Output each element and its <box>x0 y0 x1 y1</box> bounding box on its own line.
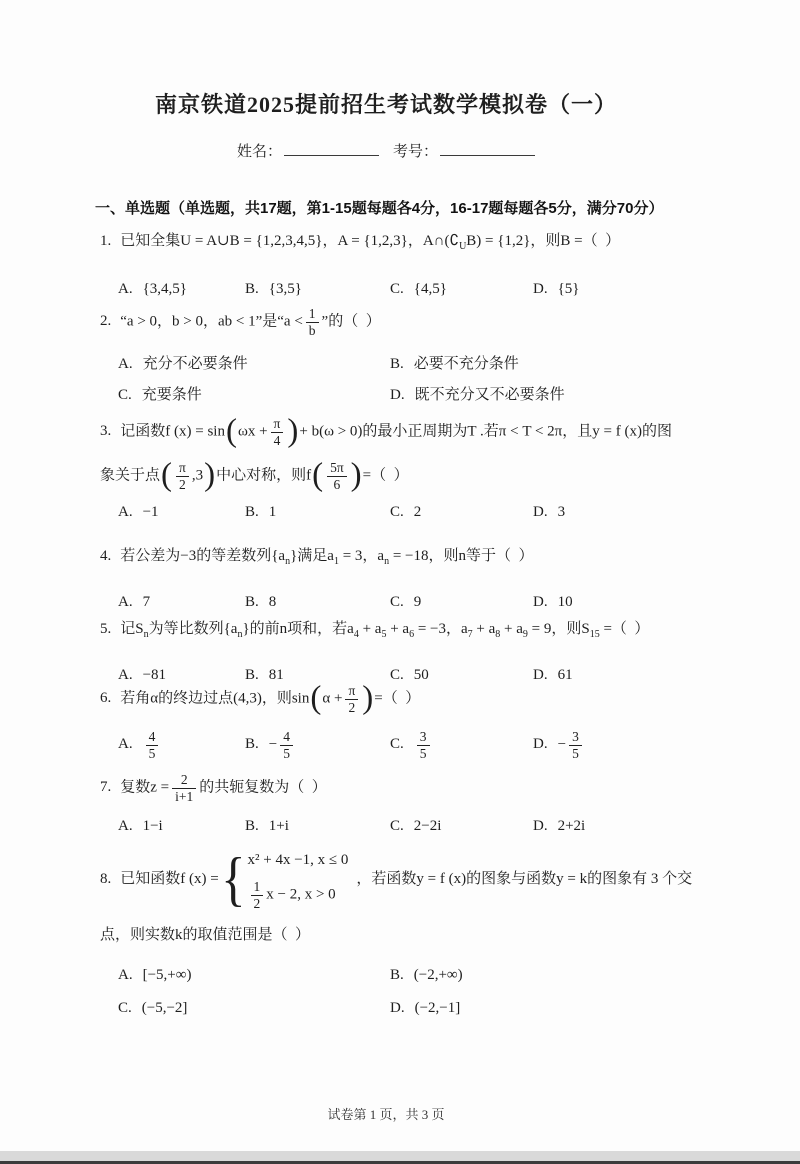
piecewise-case-2: 12x − 2, x > 0 <box>248 879 349 911</box>
stem-text: + a <box>386 621 409 637</box>
fraction-denominator: 5 <box>280 746 293 762</box>
question-1-options: A.{3,4,5} B.{3,5} C.{4,5} D.{5} <box>100 281 748 298</box>
option-text: 2−2i <box>414 818 442 834</box>
option-label: B. <box>245 504 259 520</box>
piecewise-cases: x² + 4x −1, x ≤ 012x − 2, x > 0 <box>248 848 349 911</box>
exam-no-label: 考号： <box>393 144 438 160</box>
option-sign: − <box>558 736 566 752</box>
question-5-stem: 5.记Sn为等比数列{an}的前n项和，若a4 + a5 + a6 = −3，a… <box>100 617 748 643</box>
option-b: B.(−2,+∞) <box>390 967 748 984</box>
fraction-numerator: 3 <box>417 729 430 746</box>
option-c: C.{4,5} <box>390 281 533 298</box>
option-text: 1 <box>269 504 277 520</box>
option-label: C. <box>390 281 404 297</box>
option-label: C. <box>390 504 404 520</box>
fraction: 5π6 <box>327 460 347 492</box>
fraction-denominator: 2 <box>251 896 264 912</box>
stem-text: ωx + <box>238 423 268 439</box>
stem-text: = 9，则S <box>528 621 590 637</box>
option-text: 10 <box>558 594 573 610</box>
option-c: C.充要条件 <box>118 383 390 404</box>
option-text: (−5,−2] <box>142 1000 188 1016</box>
question-number: 2. <box>100 313 111 329</box>
fraction: 35 <box>417 729 430 761</box>
section-heading: 一、单选题（单选题，共17题，第1-15题每题各4分，16-17题每题各5分，满… <box>95 197 750 218</box>
option-c: C.(−5,−2] <box>118 1000 390 1017</box>
question-2-options-row-1: A.充分不必要条件 B.必要不充分条件 <box>100 352 748 373</box>
name-label: 姓名： <box>237 144 282 160</box>
option-text: (−2,−1] <box>415 1000 461 1016</box>
exam-paper-page: 南京铁道2025提前招生考试数学模拟卷（一） 姓名：考号： 一、单选题（单选题，… <box>0 0 800 1164</box>
option-label: D. <box>533 504 548 520</box>
option-text: [−5,+∞) <box>143 967 192 983</box>
stem-text: 为等比数列{a <box>149 621 238 637</box>
option-label: D. <box>533 667 548 683</box>
option-text: {5} <box>558 281 580 297</box>
stem-text: x − 2, x > 0 <box>266 886 335 902</box>
option-a: A.−1 <box>118 504 245 521</box>
right-paren: ) <box>203 457 216 493</box>
piecewise-case-1: x² + 4x −1, x ≤ 0 <box>248 848 349 872</box>
left-paren: ( <box>309 680 322 716</box>
option-text: 81 <box>269 667 284 683</box>
question-8-stem-line-1: 8.已知函数f (x) ={x² + 4x −1, x ≤ 012x − 2, … <box>100 848 748 911</box>
stem-text: 中心对称，则f <box>216 467 311 483</box>
option-label: A. <box>118 281 133 297</box>
option-label: D. <box>390 387 405 403</box>
question-8-stem-line-2: 点，则实数k的取值范围是（ ） <box>100 923 748 947</box>
option-label: B. <box>245 736 259 752</box>
option-text: (−2,+∞) <box>414 967 463 983</box>
fraction: 1b <box>306 306 319 338</box>
option-label: B. <box>245 594 259 610</box>
option-label: A. <box>118 504 133 520</box>
option-text: {4,5} <box>414 281 447 297</box>
fraction-numerator: π <box>345 683 358 700</box>
option-text: 9 <box>414 594 422 610</box>
option-text: {3,5} <box>269 281 302 297</box>
option-c: C.35 <box>390 729 533 761</box>
question-3-options: A.−1 B.1 C.2 D.3 <box>100 504 748 521</box>
stem-text: 已知函数f (x) = <box>120 871 218 887</box>
option-label: C. <box>390 736 404 752</box>
stem-text: ,3 <box>192 467 203 483</box>
left-brace: { <box>221 854 245 905</box>
subscript: 15 <box>590 629 600 640</box>
question-7-options: A.1−i B.1+i C.2−2i D.2+2i <box>100 818 748 835</box>
option-a: A.45 <box>118 729 245 761</box>
option-b: B.{3,5} <box>245 281 390 298</box>
option-label: D. <box>533 736 548 752</box>
question-7-stem: 7.复数z =2i+1的共轭复数为（ ） <box>100 772 748 804</box>
option-label: C. <box>390 818 404 834</box>
question-number: 1. <box>100 233 111 249</box>
option-label: B. <box>390 967 404 983</box>
question-6-stem: 6.若角α的终边过点(4,3)，则sin(α +π2)=（ ） <box>100 683 748 715</box>
option-text: 50 <box>414 667 429 683</box>
fraction: π2 <box>176 460 189 492</box>
question-number: 7. <box>100 779 111 795</box>
fraction-numerator: 1 <box>251 879 264 896</box>
option-label: C. <box>390 667 404 683</box>
stem-text: + a <box>359 621 382 637</box>
stem-text: ”的（ ） <box>322 313 381 329</box>
name-blank-line <box>284 141 379 156</box>
fraction-numerator: 4 <box>146 729 159 746</box>
option-b: B.1 <box>245 504 390 521</box>
option-text: 3 <box>558 504 566 520</box>
stem-text: }的前n项和，若a <box>242 621 353 637</box>
stem-text: “a > 0，b > 0，ab < 1”是“a < <box>120 313 303 329</box>
page-title: 南京铁道2025提前招生考试数学模拟卷（一） <box>0 88 772 119</box>
option-b: B.8 <box>245 594 390 611</box>
fraction-numerator: 5π <box>327 460 347 477</box>
question-3-stem-line-2: 象关于点(π2,3)中心对称，则f(5π6)=（ ） <box>100 460 748 492</box>
fraction: 12 <box>251 879 264 911</box>
option-label: C. <box>390 594 404 610</box>
fraction-numerator: 3 <box>569 729 582 746</box>
option-label: A. <box>118 736 133 752</box>
fraction-denominator: 5 <box>417 746 430 762</box>
option-d: D.61 <box>533 667 748 684</box>
question-3-stem-line-1: 3.记函数f (x) = sin(ωx +π4)+ b(ω > 0)的最小正周期… <box>100 416 748 448</box>
stem-text: =（ ） <box>600 621 650 637</box>
bottom-scroll-bar <box>0 1151 800 1164</box>
fraction-numerator: 1 <box>306 306 319 323</box>
fraction: 2i+1 <box>172 772 196 804</box>
option-text: 61 <box>558 667 573 683</box>
option-b: B.必要不充分条件 <box>390 352 748 373</box>
question-6: 6.若角α的终边过点(4,3)，则sin(α +π2)=（ ） A.45 B.−… <box>100 683 748 761</box>
option-d: D.既不充分又不必要条件 <box>390 383 748 404</box>
question-number: 8. <box>100 871 111 887</box>
question-2-options-row-2: C.充要条件 D.既不充分又不必要条件 <box>100 383 748 404</box>
option-label: B. <box>390 356 404 372</box>
stem-text: ，若函数y = f (x)的图象与函数y = k的图象有 3 个交 <box>356 871 692 887</box>
fraction-denominator: 2 <box>176 477 189 493</box>
option-text: −1 <box>143 504 159 520</box>
option-label: D. <box>533 281 548 297</box>
fraction-denominator: 2 <box>345 700 358 716</box>
stem-text: + b(ω > 0)的最小正周期为T .若π < T < 2π，且y = f (… <box>299 423 672 439</box>
option-label: C. <box>118 387 132 403</box>
option-label: B. <box>245 281 259 297</box>
option-d: D.3 <box>533 504 748 521</box>
question-1-stem: 1.已知全集U = A∪B = {1,2,3,4,5}，A = {1,2,3}，… <box>100 229 748 255</box>
option-label: D. <box>533 594 548 610</box>
question-2-stem: 2.“a > 0，b > 0，ab < 1”是“a <1b”的（ ） <box>100 306 748 338</box>
stem-text: 已知全集U = A∪B = {1,2,3,4,5}，A = {1,2,3}，A∩… <box>120 233 459 249</box>
option-d: D.−35 <box>533 729 748 761</box>
option-c: C.50 <box>390 667 533 684</box>
option-label: A. <box>118 667 133 683</box>
option-d: D.2+2i <box>533 818 748 835</box>
fraction: 45 <box>146 729 159 761</box>
option-text: 既不充分又不必要条件 <box>415 387 565 403</box>
option-label: A. <box>118 594 133 610</box>
question-8-options-row-2: C.(−5,−2] D.(−2,−1] <box>100 1000 748 1017</box>
stem-text: 记S <box>120 621 143 637</box>
question-number: 6. <box>100 690 111 706</box>
option-sign: − <box>269 736 277 752</box>
option-a: A.充分不必要条件 <box>118 352 390 373</box>
option-d: D.(−2,−1] <box>390 1000 748 1017</box>
option-text: 1−i <box>143 818 163 834</box>
stem-text: 的共轭复数为（ ） <box>199 779 327 795</box>
fraction-numerator: 2 <box>172 772 196 789</box>
fraction-numerator: π <box>271 416 284 433</box>
stem-text: + a <box>473 621 496 637</box>
stem-text: + a <box>500 621 523 637</box>
option-b: B.−45 <box>245 729 390 761</box>
fraction: 35 <box>569 729 582 761</box>
question-3: 3.记函数f (x) = sin(ωx +π4)+ b(ω > 0)的最小正周期… <box>100 416 748 521</box>
right-paren: ) <box>361 680 374 716</box>
left-paren: ( <box>225 413 238 449</box>
fraction-denominator: 4 <box>271 433 284 449</box>
question-4-stem: 4.若公差为−3的等差数列{an}满足a1 = 3，an = −18，则n等于（… <box>100 544 748 570</box>
option-b: B.1+i <box>245 818 390 835</box>
question-number: 4. <box>100 548 111 564</box>
question-4: 4.若公差为−3的等差数列{an}满足a1 = 3，an = −18，则n等于（… <box>100 544 748 611</box>
fraction: 45 <box>280 729 293 761</box>
option-label: D. <box>390 1000 405 1016</box>
fraction: π2 <box>345 683 358 715</box>
stem-text: = 3，a <box>339 548 384 564</box>
option-c: C.2 <box>390 504 533 521</box>
fraction-denominator: b <box>306 323 319 339</box>
fraction-numerator: π <box>176 460 189 477</box>
option-label: B. <box>245 818 259 834</box>
question-8-options-row-1: A.[−5,+∞) B.(−2,+∞) <box>100 967 748 984</box>
option-c: C.9 <box>390 594 533 611</box>
fraction-denominator: 5 <box>146 746 159 762</box>
stem-text: 点，则实数k的取值范围是（ ） <box>100 927 310 943</box>
stem-text: =（ ） <box>374 690 420 706</box>
stem-text: = −3，a <box>414 621 468 637</box>
option-text: 1+i <box>269 818 289 834</box>
question-8: 8.已知函数f (x) ={x² + 4x −1, x ≤ 012x − 2, … <box>100 848 748 1017</box>
option-text: −81 <box>143 667 166 683</box>
left-paren: ( <box>311 457 324 493</box>
question-number: 3. <box>100 423 111 439</box>
option-text: 充分不必要条件 <box>143 356 248 372</box>
option-a: A.7 <box>118 594 245 611</box>
option-a: A.−81 <box>118 667 245 684</box>
option-label: D. <box>533 818 548 834</box>
stem-text: 若角α的终边过点(4,3)，则sin <box>120 690 309 706</box>
option-a: A.{3,4,5} <box>118 281 245 298</box>
option-label: A. <box>118 356 133 372</box>
fraction-denominator: i+1 <box>172 789 196 805</box>
stem-text: 记函数f (x) = sin <box>120 423 225 439</box>
exam-no-blank-line <box>440 141 535 156</box>
question-6-options: A.45 B.−45 C.35 D.−35 <box>100 729 748 761</box>
option-a: A.[−5,+∞) <box>118 967 390 984</box>
stem-text: = −18，则n等于（ ） <box>389 548 533 564</box>
question-4-options: A.7 B.8 C.9 D.10 <box>100 594 748 611</box>
option-text: {3,4,5} <box>143 281 187 297</box>
stem-text: 若公差为−3的等差数列{a <box>120 548 285 564</box>
right-paren: ) <box>286 413 299 449</box>
option-d: D.{5} <box>533 281 748 298</box>
left-paren: ( <box>160 457 173 493</box>
option-a: A.1−i <box>118 818 245 835</box>
stem-text: }满足a <box>290 548 334 564</box>
option-d: D.10 <box>533 594 748 611</box>
page-footer: 试卷第 1 页，共 3 页 <box>0 1104 772 1123</box>
fraction-numerator: 4 <box>280 729 293 746</box>
question-number: 5. <box>100 621 111 637</box>
fraction: π4 <box>271 416 284 448</box>
option-text: 8 <box>269 594 277 610</box>
option-label: A. <box>118 967 133 983</box>
question-7: 7.复数z =2i+1的共轭复数为（ ） A.1−i B.1+i C.2−2i … <box>100 772 748 835</box>
candidate-info-row: 姓名：考号： <box>0 140 772 161</box>
option-text: 充要条件 <box>142 387 202 403</box>
fraction-denominator: 6 <box>327 477 347 493</box>
option-label: B. <box>245 667 259 683</box>
question-5: 5.记Sn为等比数列{an}的前n项和，若a4 + a5 + a6 = −3，a… <box>100 617 748 684</box>
stem-text: B) = {1,2}，则B =（ ） <box>466 233 620 249</box>
option-label: A. <box>118 818 133 834</box>
option-text: 2 <box>414 504 422 520</box>
question-5-options: A.−81 B.81 C.50 D.61 <box>100 667 748 684</box>
option-text: 7 <box>143 594 151 610</box>
stem-text: 复数z = <box>120 779 169 795</box>
option-text: 必要不充分条件 <box>414 356 519 372</box>
option-label: C. <box>118 1000 132 1016</box>
stem-text: =（ ） <box>363 467 409 483</box>
right-paren: ) <box>350 457 363 493</box>
question-1: 1.已知全集U = A∪B = {1,2,3,4,5}，A = {1,2,3}，… <box>100 229 748 298</box>
option-c: C.2−2i <box>390 818 533 835</box>
stem-text: α + <box>322 690 342 706</box>
option-text: 2+2i <box>558 818 586 834</box>
stem-text: 象关于点 <box>100 467 160 483</box>
fraction-denominator: 5 <box>569 746 582 762</box>
question-2: 2.“a > 0，b > 0，ab < 1”是“a <1b”的（ ） A.充分不… <box>100 306 748 404</box>
